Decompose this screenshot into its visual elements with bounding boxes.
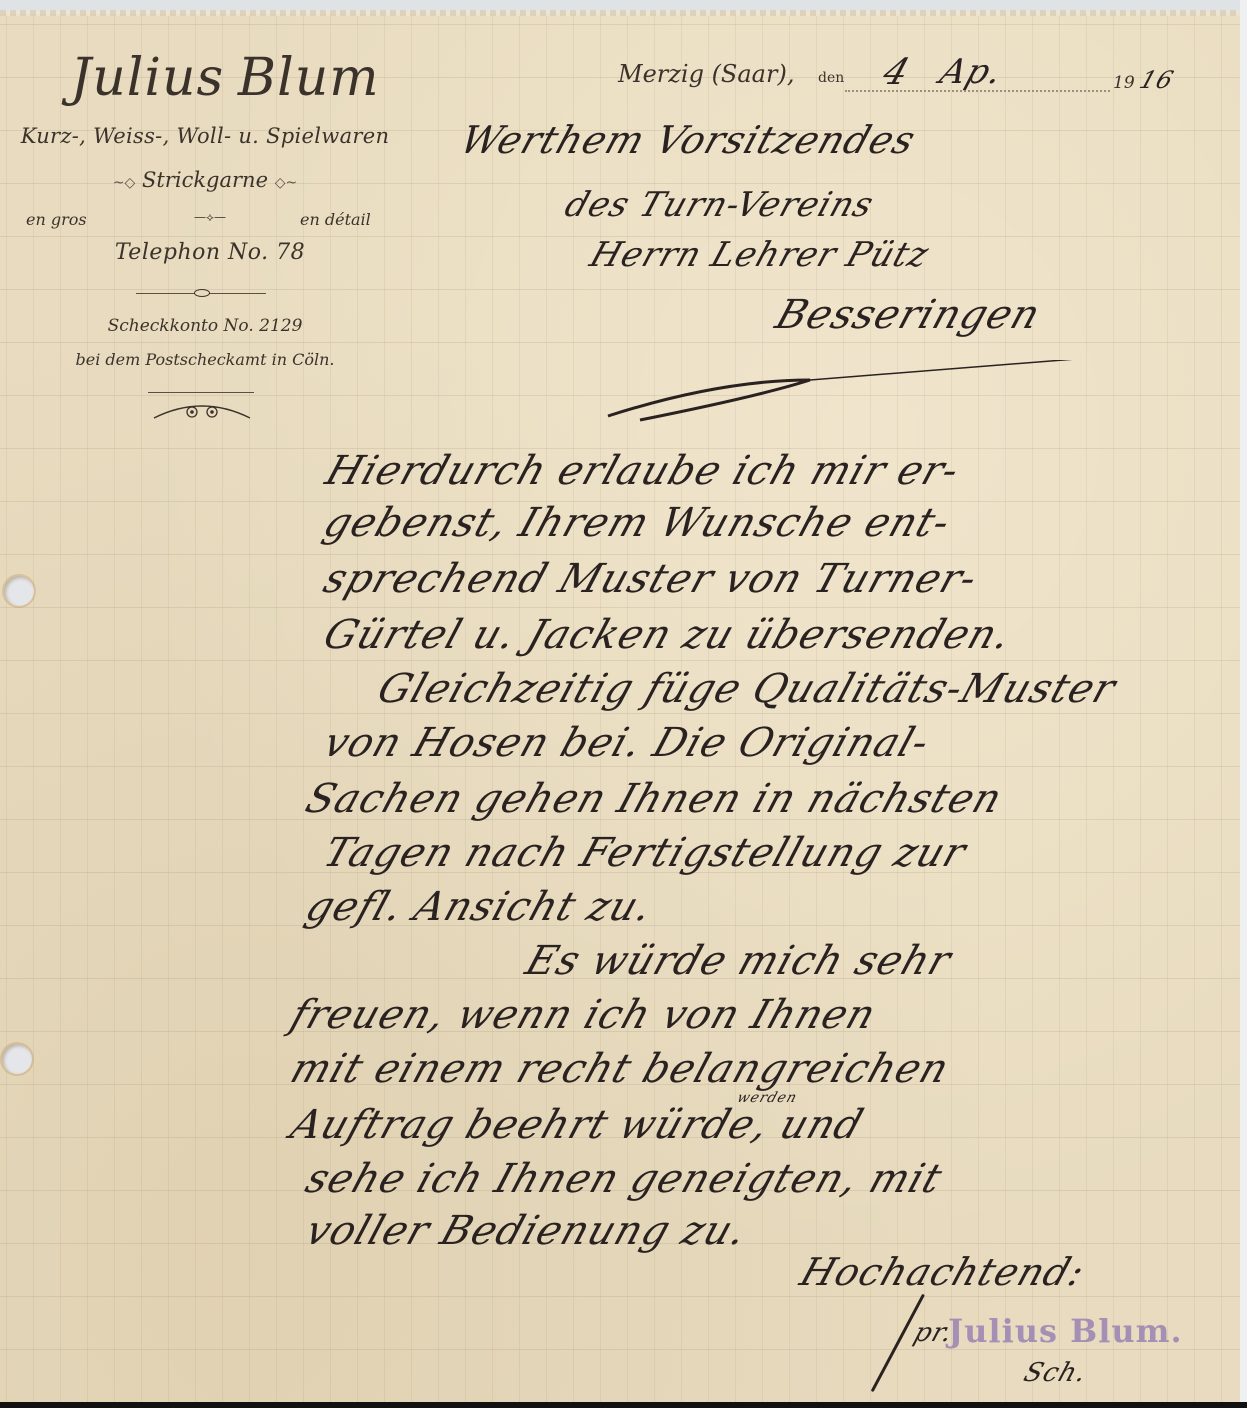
dateline-year-printed: 19	[1113, 73, 1135, 93]
address-flourish-icon	[600, 360, 1200, 430]
body-line-1: Hierdurch erlaube ich mir er-	[320, 448, 966, 494]
body-line-2: gebenst, Ihrem Wunsche ent-	[318, 500, 956, 546]
punch-hole-upper	[4, 576, 34, 606]
letterhead-telephone: Telephon No. 78	[90, 240, 330, 265]
closing-salutation: Hochachtend:	[795, 1250, 1091, 1294]
address-line-2: des Turn-Vereins	[560, 185, 879, 225]
letterhead-retail: en détail	[300, 210, 371, 229]
letterhead-firm-name: Julius Blum	[60, 48, 390, 108]
body-line-9: gefl. Ansicht zu.	[300, 884, 659, 930]
body-line-15: voller Bedienung zu.	[300, 1208, 753, 1254]
letterhead-bank: bei dem Postscheckamt in Cöln.	[50, 350, 360, 369]
body-line-5: Gleichzeitig füge Qualitäts-Muster	[372, 666, 1122, 712]
body-line-7: Sachen gehen Ihnen in nächsten	[300, 776, 1008, 822]
scan-bottom-margin	[0, 1402, 1247, 1408]
divider-ornament-icon	[194, 289, 210, 297]
letterhead-wholesale: en gros	[26, 210, 87, 229]
dateline-place: Merzig (Saar),	[618, 60, 794, 88]
body-line-10: Es würde mich sehr	[520, 938, 957, 984]
address-line-4: Besseringen	[770, 292, 1046, 338]
body-line-8: Tagen nach Fertigstellung zur	[318, 830, 972, 876]
body-line-3: sprechend Muster von Turner-	[318, 556, 983, 602]
paper-torn-top-edge	[0, 10, 1240, 16]
address-line-1: Werthem Vorsitzendes	[455, 118, 921, 162]
punch-hole-lower	[2, 1044, 32, 1074]
dateline-den: den	[818, 70, 844, 86]
scan-right-margin	[1240, 0, 1247, 1408]
ornament-right-icon: ◇~	[275, 175, 298, 191]
knitting-label: Strickgarne	[142, 168, 268, 192]
body-line-13: Auftrag beehrt würde, und	[285, 1102, 869, 1148]
body-line-14: sehe ich Ihnen geneigten, mit	[300, 1156, 948, 1202]
firm-first-name: Julius	[70, 48, 224, 108]
divider-rule-lower	[148, 392, 254, 393]
letterhead-cheque-account: Scheckkonto No. 2129	[80, 316, 330, 336]
body-line-12: mit einem recht belangreichen	[285, 1046, 955, 1092]
ornament-center-icon: —⟡—	[180, 210, 240, 225]
signature-initials: Sch.	[1020, 1358, 1091, 1388]
firm-last-name: Blum	[238, 48, 380, 108]
body-line-6: von Hosen bei. Die Original-	[318, 720, 936, 766]
body-line-4: Gürtel u. Jacken zu übersenden.	[318, 612, 1017, 658]
address-line-3: Herrn Lehrer Pütz	[585, 235, 934, 275]
firm-stamp: Julius Blum.	[948, 1312, 1183, 1350]
ornament-left-icon: ~◇	[113, 175, 136, 191]
body-line-11: freuen, wenn ich von Ihnen	[285, 992, 882, 1038]
letterhead-goods: Kurz-, Weiss-, Woll- u. Spielwaren	[10, 124, 400, 148]
scroll-ornament-icon	[150, 394, 254, 422]
letterhead-knitting: ~◇ Strickgarne ◇~	[90, 168, 320, 192]
